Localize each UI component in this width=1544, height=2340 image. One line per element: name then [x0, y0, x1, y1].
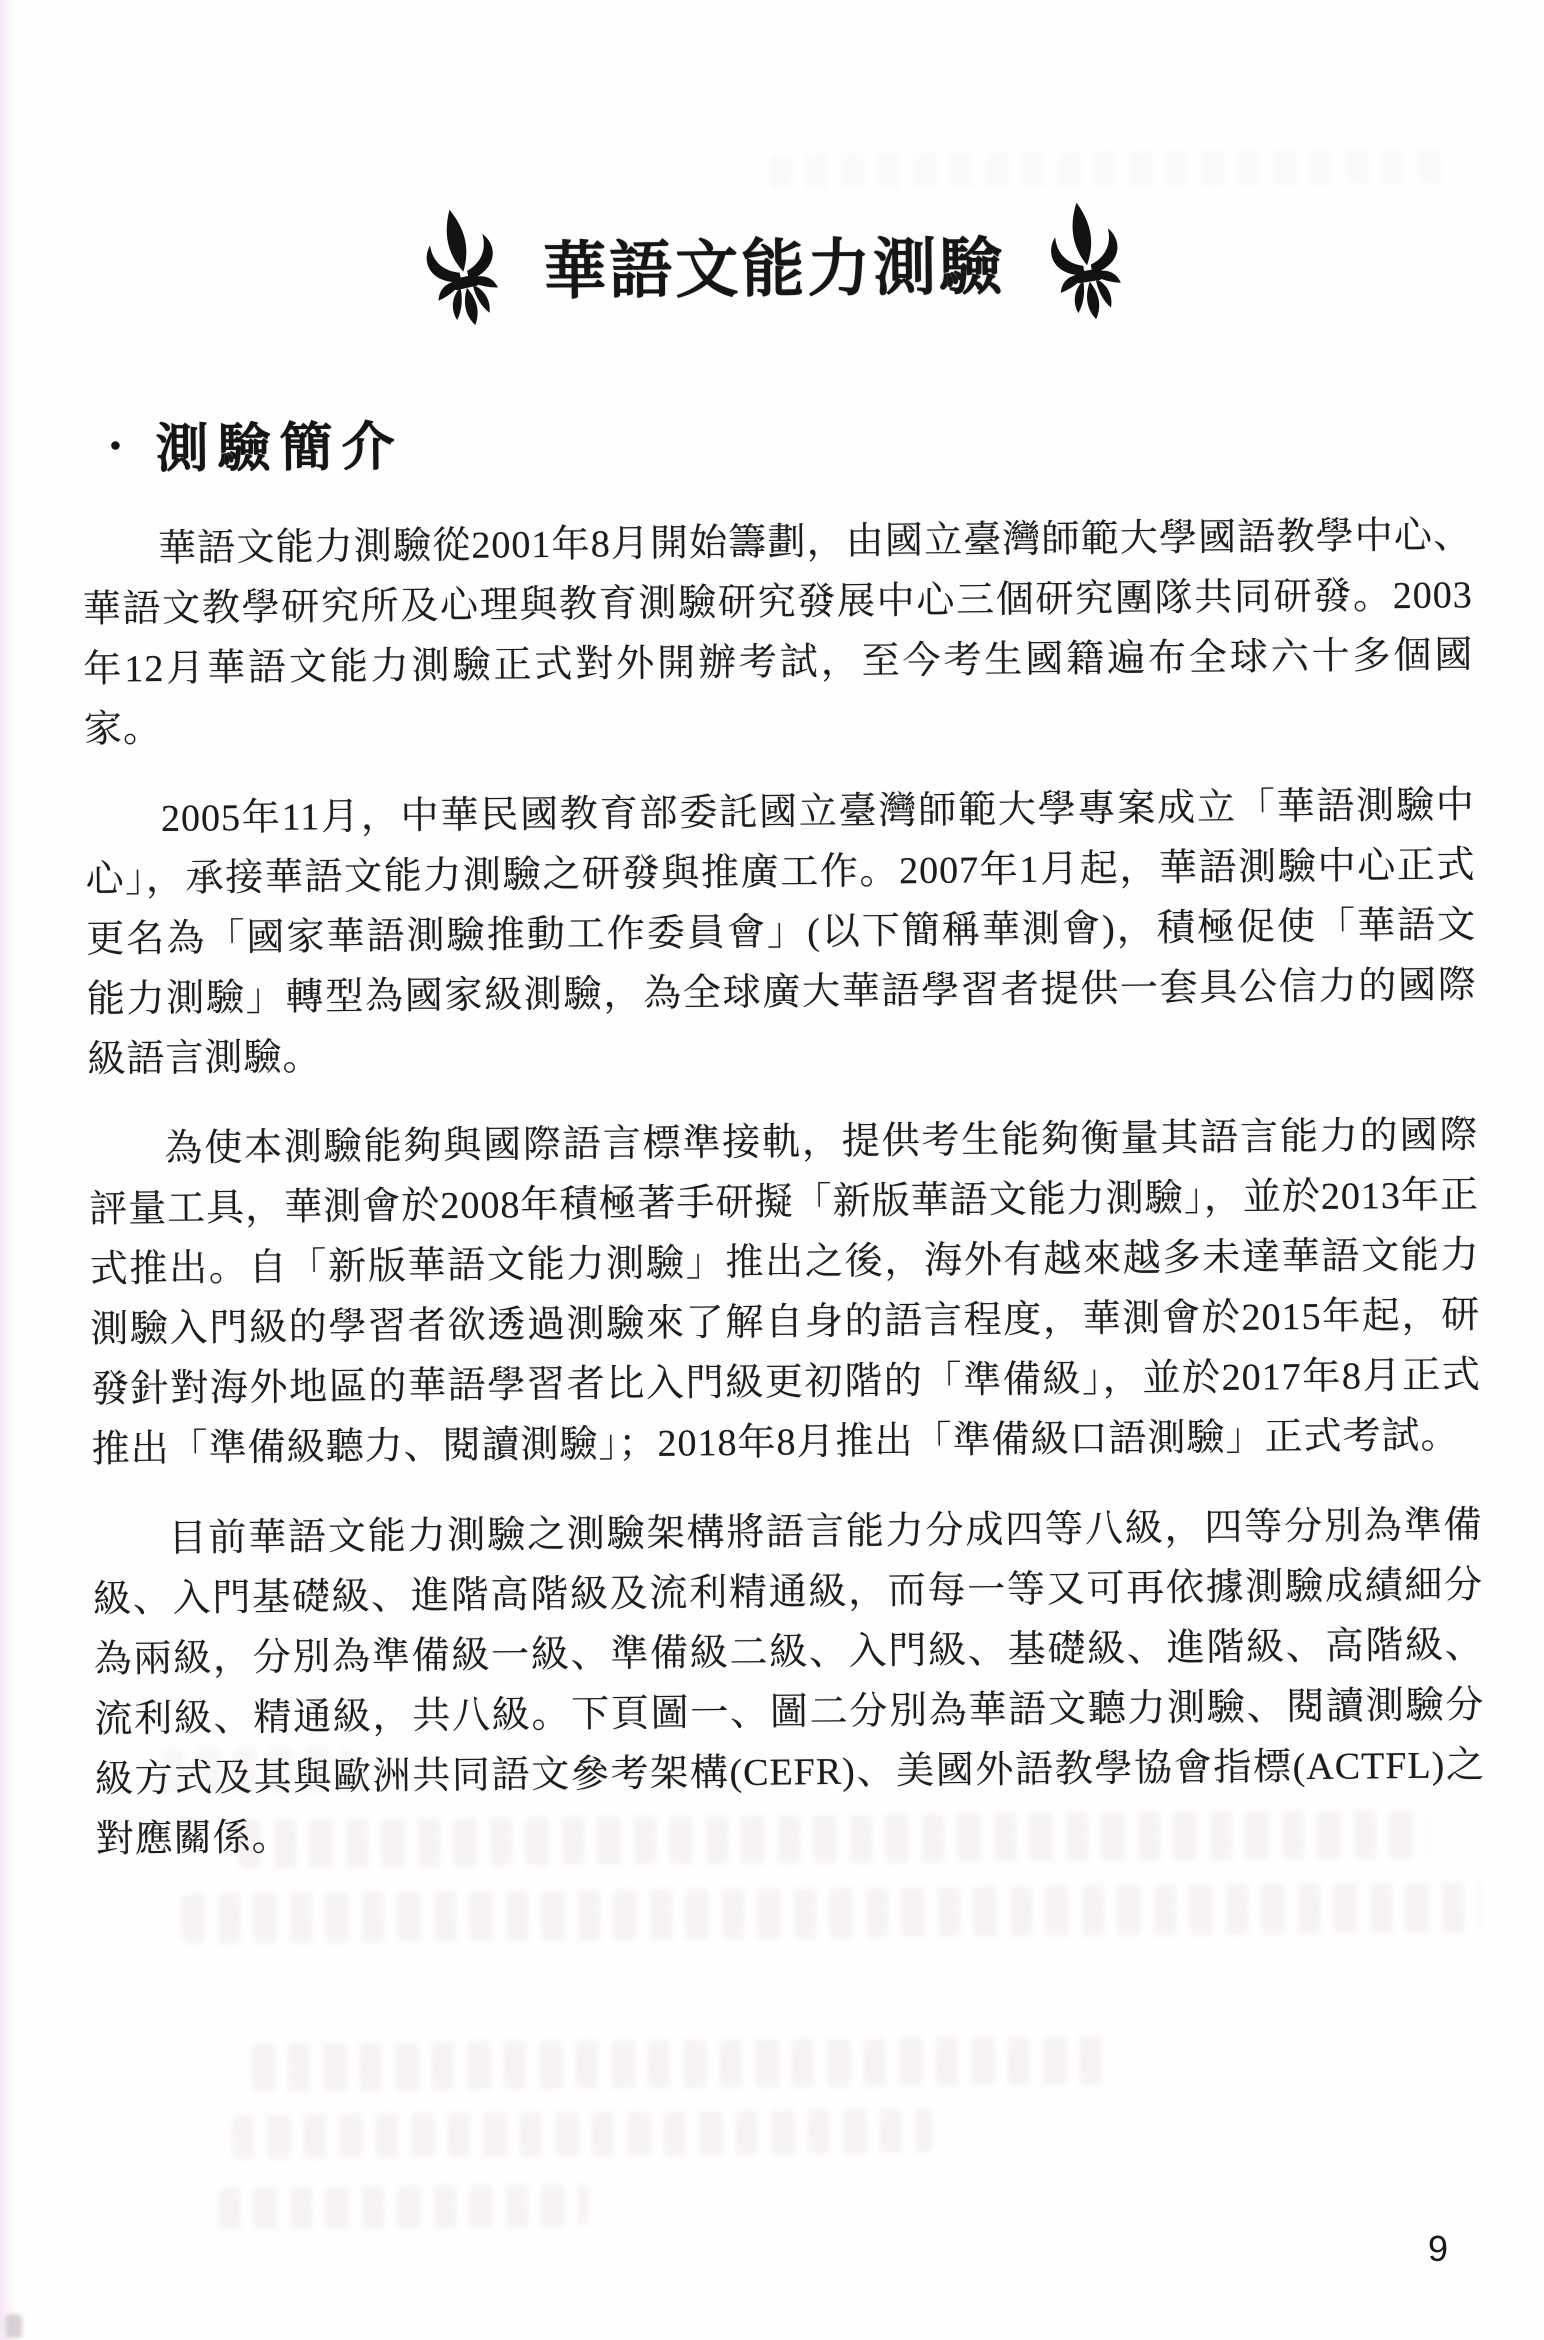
page-title: 華語文能力測驗 [543, 216, 1006, 312]
paragraph-1: 華語文能力測驗從2001年8月開始籌劃，由國立臺灣師範大學國語教學中心、華語文教… [82, 505, 1474, 760]
bullet-icon: • [109, 427, 122, 463]
scan-corner-smudge [6, 2314, 22, 2338]
paragraph-2: 2005年11月，中華民國教育部委託國立臺灣師範大學專案成立「華語測驗中心」，承… [85, 775, 1478, 1090]
section-heading: 測驗簡介 [155, 404, 404, 483]
bleed-through-artifact [182, 1882, 1482, 1943]
page-content: 華語文能力測驗 • 測驗簡介 華語文能力測驗從2001年8月開始籌劃，由國立臺灣… [78, 141, 1486, 1869]
bleed-through-artifact [252, 2036, 1112, 2092]
document-title-row: 華語文能力測驗 [78, 171, 1470, 356]
section-heading-row: • 測驗簡介 [109, 393, 1472, 483]
page-number: 9 [1428, 2228, 1448, 2270]
body-text: 華語文能力測驗從2001年8月開始籌劃，由國立臺灣師範大學國語教學中心、華語文教… [82, 505, 1486, 1869]
paragraph-4: 目前華語文能力測驗之測驗架構將語言能力分成四等八級，四等分別為準備級、入門基礎級… [92, 1495, 1486, 1870]
bleed-through-artifact [232, 2109, 932, 2159]
fleur-de-lis-icon [411, 199, 514, 335]
scanned-document-page: 華語文能力測驗 • 測驗簡介 華語文能力測驗從2001年8月開始籌劃，由國立臺灣… [0, 0, 1544, 2340]
scan-edge-artifact [0, 0, 16, 2340]
bleed-through-artifact [218, 2184, 588, 2229]
paragraph-3: 為使本測驗能夠與國際語言標準接軌，提供考生能夠衡量其語言能力的國際評量工具，華測… [88, 1105, 1482, 1480]
fleur-de-lis-icon [1038, 194, 1135, 327]
